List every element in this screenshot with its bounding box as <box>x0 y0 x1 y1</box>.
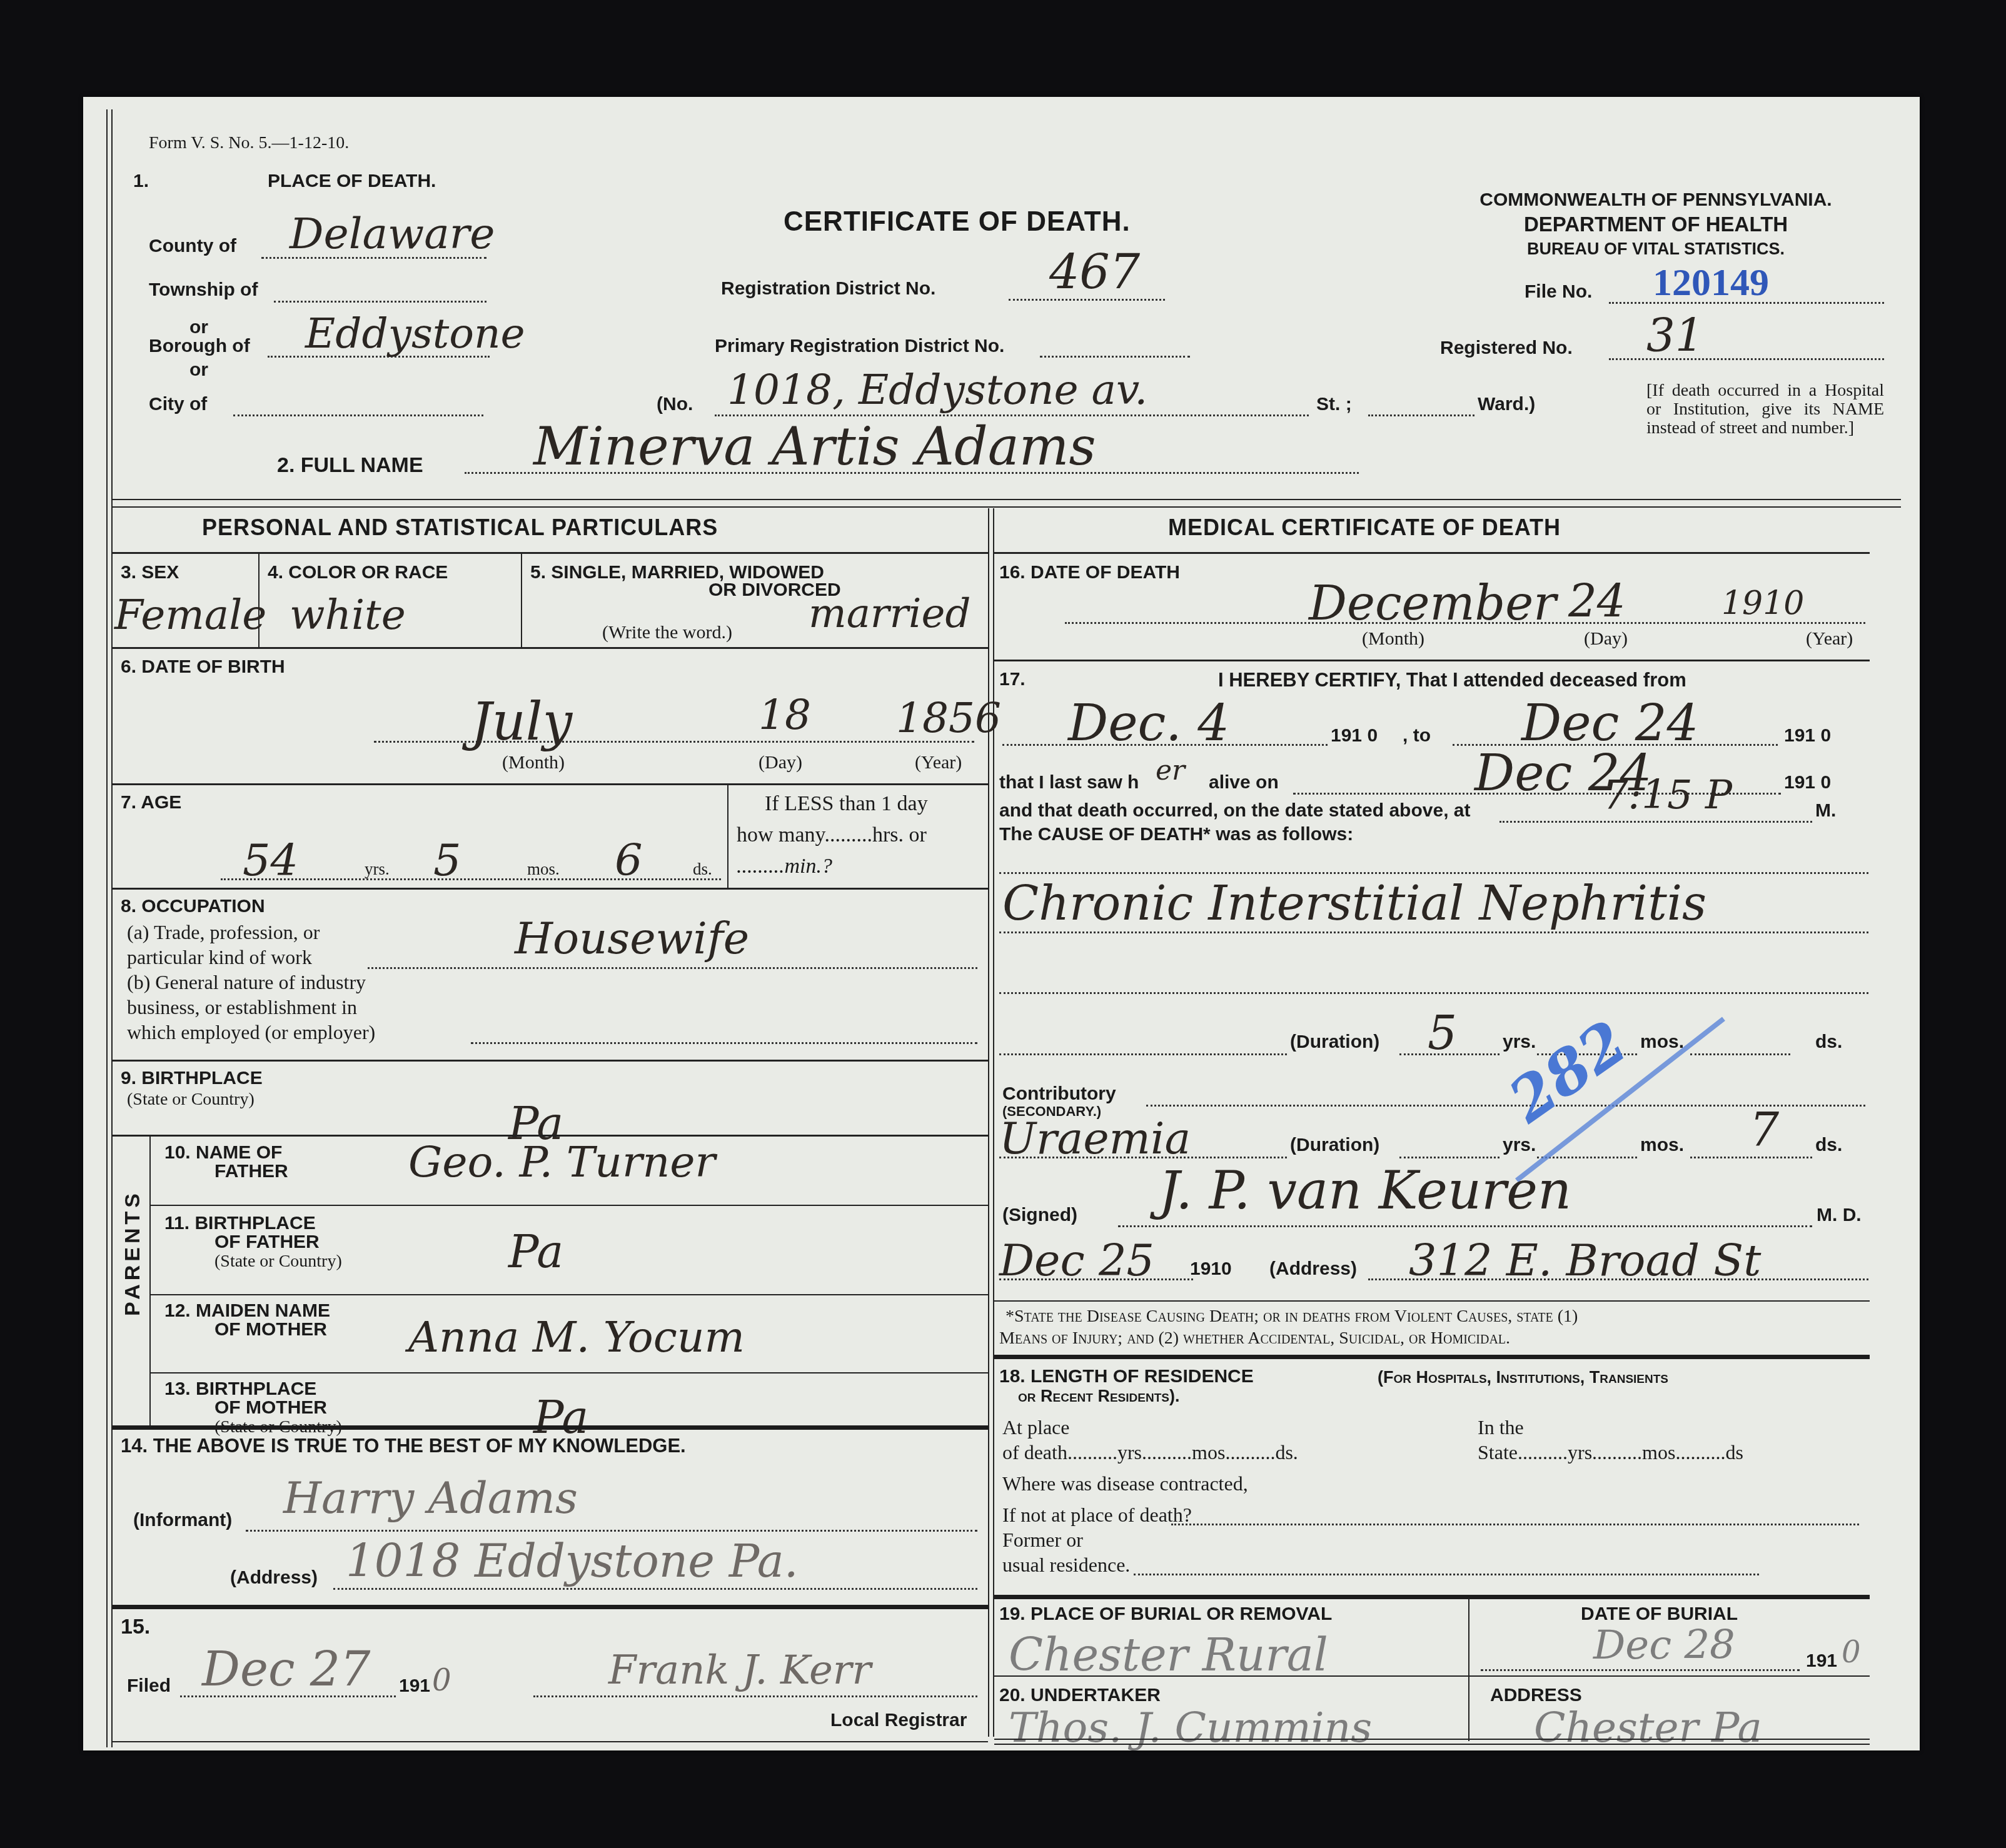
township-field-line <box>274 301 486 303</box>
divider <box>994 1739 1870 1740</box>
dod-day-caption: (Day) <box>1584 628 1628 650</box>
borough-value: Eddystone <box>305 309 525 358</box>
years-unit-label: yrs. <box>1503 1135 1536 1156</box>
ward-field-line <box>1368 414 1474 416</box>
primary-district-line <box>1040 356 1190 358</box>
place-of-burial-label: 19. PLACE OF BURIAL OR REMOVAL <box>999 1604 1332 1625</box>
not-place-of-death-label: If not at place of death? <box>1002 1504 1192 1527</box>
dob-day-value: 18 <box>759 691 811 739</box>
year-caption: (Year) <box>915 752 962 773</box>
cell-divider <box>1468 1597 1469 1741</box>
father-name-label-2: FATHER <box>214 1161 288 1182</box>
signature-line <box>1118 1225 1812 1227</box>
less-than-day-line-1: If LESS than 1 day <box>765 792 928 816</box>
dod-day-value: 24 <box>1568 575 1626 628</box>
informant-address-value: 1018 Eddystone Pa. <box>346 1535 799 1587</box>
file-number-stamp: 120149 <box>1653 261 1769 305</box>
full-name-value: Minerva Artis Adams <box>533 416 1096 477</box>
divider <box>151 1294 988 1295</box>
contributory-duration-days: 7 <box>1750 1103 1779 1157</box>
former-residence-line <box>1134 1574 1759 1575</box>
to-label: , to <box>1403 725 1431 746</box>
divider <box>994 1300 1870 1302</box>
sex-label: 3. SEX <box>121 562 179 583</box>
divider <box>994 1355 1870 1359</box>
former-residence-label-1: Former or <box>1002 1529 1083 1552</box>
footnote-line-2: Means of Injury; and (2) whether Acciden… <box>999 1328 1510 1348</box>
occupation-a-line-1: (a) Trade, profession, or <box>127 921 320 944</box>
dob-year-value: 1856 <box>896 694 1001 742</box>
city-field-line <box>233 414 483 416</box>
divider <box>113 1425 988 1430</box>
registered-number-value: 31 <box>1646 309 1704 362</box>
informant-address-label: (Address) <box>230 1567 318 1589</box>
cause-of-death-text: The CAUSE OF DEATH* was as follows: <box>999 824 1353 845</box>
occupation-b-line-2: business, or establishment in <box>127 996 357 1019</box>
death-certificate-paper: Form V. S. No. 5.—1-12-10. 1. PLACE OF D… <box>83 97 1920 1750</box>
father-birthplace-label-2: OF FATHER <box>214 1232 320 1253</box>
registered-number-label: Registered No. <box>1440 338 1573 359</box>
cell-divider <box>727 785 728 888</box>
agency-line-1: COMMONWEALTH OF PENNSYLVANIA. <box>1440 189 1872 211</box>
divider <box>113 647 988 649</box>
month-caption: (Month) <box>502 752 565 773</box>
burial-year-suffix: 0 <box>1842 1635 1861 1670</box>
cause-line <box>999 992 1868 994</box>
death-time-line <box>1499 821 1812 823</box>
father-name-label: 10. NAME OF <box>164 1142 282 1163</box>
registration-district-value: 467 <box>1049 244 1140 299</box>
cause-duration-years: 5 <box>1428 1007 1457 1060</box>
in-state-label-1: In the <box>1478 1416 1524 1439</box>
less-than-day-line-3: .........min.? <box>737 855 832 878</box>
informant-label: (Informant) <box>133 1510 232 1531</box>
or-label: or <box>189 359 208 381</box>
disease-contracted-line <box>1171 1524 1859 1525</box>
divider <box>994 1744 1870 1745</box>
agency-line-3: BUREAU OF VITAL STATISTICS. <box>1440 239 1872 259</box>
last-saw-pronoun: er <box>1156 755 1185 786</box>
days-unit-label: ds. <box>1815 1135 1842 1156</box>
divider <box>994 1595 1870 1599</box>
physician-address-value: 312 E. Broad St <box>1409 1235 1761 1286</box>
personal-particulars-heading: PERSONAL AND STATISTICAL PARTICULARS <box>202 515 718 541</box>
primary-district-label: Primary Registration District No. <box>715 336 1004 357</box>
borough-label: Borough of <box>149 336 250 357</box>
dob-month-value: July <box>471 691 572 752</box>
physician-signature: J. P. van Keuren <box>1159 1160 1571 1221</box>
mother-maiden-name-value: Anna M. Yocum <box>408 1313 745 1362</box>
disease-contracted-label: Where was disease contracted, <box>1002 1472 1248 1495</box>
parents-label: PARENTS <box>121 1190 145 1316</box>
county-label: County of <box>149 236 236 257</box>
mother-maiden-name-label-2: OF MOTHER <box>214 1319 327 1340</box>
occupation-label: 8. OCCUPATION <box>121 896 265 917</box>
days-unit-label: ds. <box>1815 1032 1842 1053</box>
months-unit-label: mos. <box>1640 1032 1684 1053</box>
section-1-number: 1. <box>133 171 149 192</box>
file-number-label: File No. <box>1525 281 1592 303</box>
informant-address-line <box>333 1588 977 1590</box>
column-divider <box>988 508 989 1737</box>
last-saw-label: that I last saw h <box>999 772 1139 793</box>
length-of-residence-label: 18. LENGTH OF RESIDENCE <box>999 1366 1254 1387</box>
duration-label: (Duration) <box>1290 1032 1379 1053</box>
age-label: 7. AGE <box>121 792 181 813</box>
race-label: 4. COLOR OR RACE <box>268 562 448 583</box>
contributory-label: Contributory <box>1002 1083 1116 1105</box>
age-months-value: 5 <box>433 835 461 886</box>
date-of-birth-label: 6. DATE OF BIRTH <box>121 656 285 678</box>
attended-from-year: 191 0 <box>1331 725 1378 746</box>
street-suffix-label: St. ; <box>1316 394 1352 415</box>
months-unit-label: mos. <box>1640 1135 1684 1156</box>
father-birthplace-value: Pa <box>508 1225 563 1278</box>
race-value: white <box>290 591 406 639</box>
burial-date-line <box>1481 1669 1800 1671</box>
column-divider <box>993 508 994 1737</box>
age-years-value: 54 <box>243 835 298 886</box>
divider <box>151 1205 988 1206</box>
at-place-label-2: of death..........yrs..........mos......… <box>1002 1441 1298 1464</box>
full-name-label: 2. FULL NAME <box>277 453 423 478</box>
county-value: Delaware <box>290 209 495 259</box>
section-17-number: 17. <box>999 669 1026 690</box>
residence-note-2: or Recent Residents). <box>1018 1387 1179 1406</box>
place-of-death-heading: PLACE OF DEATH. <box>268 171 436 192</box>
duration-days-line <box>1690 1053 1790 1055</box>
date-of-death-label: 16. DATE OF DEATH <box>999 562 1180 583</box>
last-saw-year: 191 0 <box>1784 772 1831 793</box>
dod-month-caption: (Month) <box>1362 628 1424 650</box>
sex-value: Female <box>114 591 266 639</box>
birthplace-label: 9. BIRTHPLACE <box>121 1068 263 1089</box>
in-state-label-2: State..........yrs..........mos.........… <box>1478 1441 1743 1464</box>
burial-year-prefix: 191 <box>1806 1650 1837 1672</box>
filed-label: Filed <box>127 1675 171 1697</box>
ward-label: Ward.) <box>1478 394 1535 415</box>
footnote-line-1: *State the Disease Causing Death; or in … <box>1006 1307 1578 1327</box>
years-unit-label: yrs. <box>365 860 390 879</box>
form-number: Form V. S. No. 5.—1-12-10. <box>149 133 349 153</box>
medical-certificate-heading: MEDICAL CERTIFICATE OF DEATH <box>1168 515 1561 541</box>
attended-from-value: Dec. 4 <box>1068 694 1229 752</box>
cause-of-death-value: Chronic Interstitial Nephritis <box>1002 875 1706 931</box>
alive-on-label: alive on <box>1209 772 1279 793</box>
duration-line <box>999 1157 1287 1158</box>
street-address-value: 1018, Eddystone av. <box>727 366 1147 414</box>
place-of-burial-value: Chester Rural <box>1009 1629 1328 1681</box>
divider <box>994 1675 1870 1677</box>
signed-date-value: Dec 25 <box>999 1235 1154 1286</box>
occupation-line <box>368 967 977 969</box>
birthplace-hint: (State or Country) <box>127 1090 255 1110</box>
father-birthplace-hint: (State or Country) <box>214 1252 342 1272</box>
date-of-burial-label: DATE OF BURIAL <box>1581 1604 1738 1625</box>
md-label: M. D. <box>1817 1205 1862 1226</box>
days-unit-label: ds. <box>693 860 712 879</box>
certificate-title: CERTIFICATE OF DEATH. <box>784 206 1131 238</box>
death-time-text: and that death occurred, on the date sta… <box>999 800 1470 821</box>
signed-label: (Signed) <box>1002 1205 1077 1226</box>
divider <box>151 1372 988 1373</box>
city-label: City of <box>149 394 207 415</box>
informant-value: Harry Adams <box>283 1472 578 1524</box>
divider <box>994 660 1870 661</box>
mother-maiden-name-label: 12. MAIDEN NAME <box>164 1300 330 1322</box>
cell-divider <box>521 553 522 647</box>
parents-divider <box>149 1136 151 1427</box>
occupation-value: Housewife <box>515 913 749 964</box>
divider <box>113 1135 988 1137</box>
or-label: or <box>189 317 208 338</box>
marital-status-hint: (Write the word.) <box>602 622 732 643</box>
certification-text: I HEREBY CERTIFY, That I attended deceas… <box>1218 669 1686 691</box>
undertaker-address-label: ADDRESS <box>1490 1685 1582 1706</box>
dod-year-value: 1910 <box>1721 585 1804 622</box>
township-label: Township of <box>149 279 258 301</box>
date-of-burial-value: Dec 28 <box>1593 1622 1735 1669</box>
filed-year-suffix: 0 <box>432 1663 451 1698</box>
informant-heading: 14. THE ABOVE IS TRUE TO THE BEST OF MY … <box>121 1435 686 1457</box>
months-unit-label: mos. <box>527 860 560 879</box>
duration-years-line <box>1399 1157 1499 1158</box>
less-than-day-line-2: how many.........hrs. or <box>737 823 927 847</box>
divider <box>994 552 1870 554</box>
dod-year-caption: (Year) <box>1806 628 1853 650</box>
occupation-a-line-2: particular kind of work <box>127 946 312 969</box>
day-caption: (Day) <box>759 752 802 773</box>
undertaker-label: 20. UNDERTAKER <box>999 1685 1161 1706</box>
mother-birthplace-label: 13. BIRTHPLACE <box>164 1378 316 1400</box>
date-of-birth-line <box>374 741 974 743</box>
duration-line <box>999 1053 1287 1055</box>
employer-line <box>471 1042 977 1044</box>
registration-district-label: Registration District No. <box>721 278 935 299</box>
filed-date-value: Dec 27 <box>202 1641 370 1697</box>
registrar-line <box>533 1695 977 1697</box>
signed-year: 1910 <box>1190 1258 1232 1280</box>
divider <box>113 1605 988 1609</box>
divider <box>113 552 988 554</box>
age-days-value: 6 <box>615 835 643 886</box>
divider <box>113 783 988 785</box>
death-time-value: 7:15 P <box>1603 772 1732 818</box>
meridiem-label: M. <box>1815 800 1836 821</box>
divider <box>113 888 988 890</box>
hospital-note: [If death occurred in a Hospital or Inst… <box>1646 381 1884 438</box>
occupation-b-line-3: which employed (or employer) <box>127 1021 375 1044</box>
registrar-signature: Frank J. Kerr <box>608 1647 871 1694</box>
informant-line <box>246 1530 977 1532</box>
father-birthplace-label: 11. BIRTHPLACE <box>164 1213 316 1234</box>
border-line <box>111 109 113 1747</box>
duration-months-line <box>1537 1157 1637 1158</box>
occupation-b-line-1: (b) General nature of industry <box>127 971 366 994</box>
divider <box>113 506 1901 508</box>
divider <box>113 499 1901 500</box>
blue-annotation: 282 <box>1496 1007 1640 1137</box>
section-15-number: 15. <box>121 1615 150 1639</box>
cause-line <box>999 872 1868 874</box>
divider <box>113 1741 988 1742</box>
filed-year-prefix: 191 <box>399 1675 430 1697</box>
former-residence-label-2: usual residence. <box>1002 1554 1130 1577</box>
cause-line <box>999 932 1868 933</box>
attended-to-year: 191 0 <box>1784 725 1831 746</box>
divider <box>113 1060 988 1062</box>
mother-birthplace-label-2: OF MOTHER <box>214 1397 327 1419</box>
dod-month-value: December <box>1309 575 1556 631</box>
marital-status-value: married <box>809 591 970 637</box>
border-line <box>106 109 108 1747</box>
street-number-label: (No. <box>657 394 693 415</box>
years-unit-label: yrs. <box>1503 1032 1536 1053</box>
physician-address-label: (Address) <box>1269 1258 1357 1280</box>
residence-note: (For Hospitals, Institutions, Transients <box>1378 1368 1668 1387</box>
at-place-label-1: At place <box>1002 1416 1070 1439</box>
duration-label: (Duration) <box>1290 1135 1379 1156</box>
father-name-value: Geo. P. Turner <box>408 1138 715 1187</box>
local-registrar-label: Local Registrar <box>830 1710 967 1731</box>
agency-line-2: DEPARTMENT OF HEALTH <box>1440 213 1872 236</box>
